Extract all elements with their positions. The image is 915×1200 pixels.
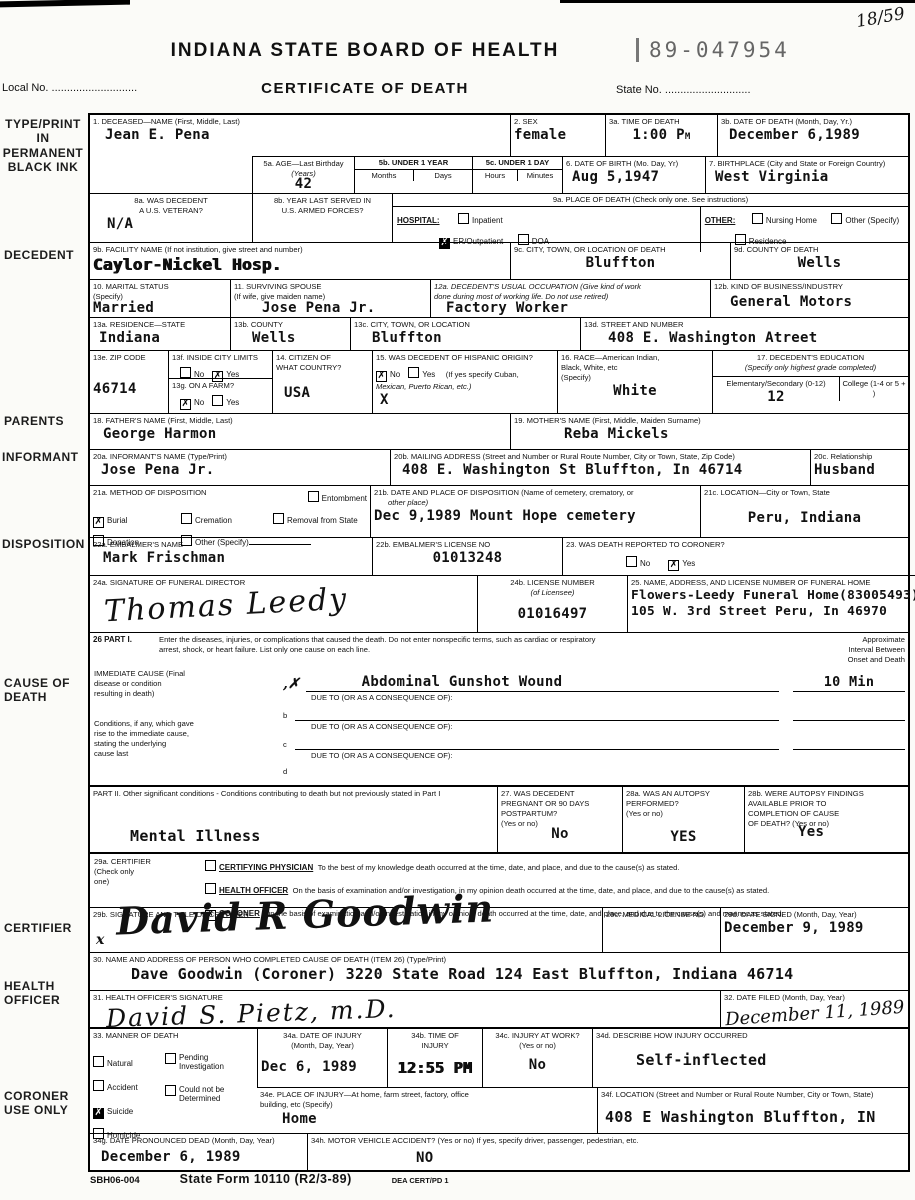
field-autopsy-findings: 28b. WERE AUTOPSY FINDINGS AVAILABLE PRI… [744,785,908,852]
field-race: 16. RACE—American Indian, Black, White, … [557,350,712,413]
field-occupation: 12a. DECEDENT'S USUAL OCCUPATION (Give k… [430,279,710,317]
field-injury-date: 34a. DATE OF INJURY (Month, Day, Year) D… [257,1029,387,1087]
field-place-of-injury: 34e. PLACE OF INJURY—At home, farm stree… [257,1087,597,1133]
field-education: 17. DECEDENT'S EDUCATION (Specify only h… [712,350,908,413]
cause-of-death-part1: 26 PART I. Enter the diseases, injuries,… [90,632,908,785]
spacer-cell [90,156,252,193]
field-age: 5a. AGE—Last Birthday (Years) 42 [252,156,354,193]
field-reported-to-coroner: 23. WAS DEATH REPORTED TO CORONER? No✗Ye… [562,537,908,575]
field-disposition-date-place: 21b. DATE AND PLACE OF DISPOSITION (Name… [370,485,700,537]
state-no: State No. ............................ [616,84,751,96]
scan-artifact [560,0,915,3]
field-pregnant: 27. WAS DECEDENT PREGNANT OR 90 DAYS POS… [497,785,622,852]
field-motor-vehicle: 34h. MOTOR VEHICLE ACCIDENT? (Yes or no)… [307,1133,908,1170]
scan-artifact [0,0,130,7]
field-deceased-name: 1. DECEASED—NAME (First, Middle, Last) J… [90,115,510,156]
margin-disposition: DISPOSITION [2,537,88,551]
field-injury-location: 34f. LOCATION (Street and Number or Rura… [597,1087,908,1133]
inside-city-no-checkbox [180,367,191,378]
state-stamp-number: 89-047954 [636,38,790,62]
field-mailing-address: 20b. MAILING ADDRESS (Street and Number … [390,449,810,485]
field-disposition-method: 21a. METHOD OF DISPOSITION Entombment ✗B… [90,485,370,537]
burial-checkbox: ✗ [93,517,104,528]
field-zip: 13e. ZIP CODE 46714 [90,350,168,413]
margin-informant: INFORMANT [2,450,88,464]
margin-cause-of-death: CAUSE OF DEATH [4,676,90,705]
certifying-physician-checkbox [205,860,216,871]
field-injury-time: 34b. TIME OF INJURY 12:55 PM [387,1029,482,1087]
margin-type-print: TYPE/PRINT IN PERMANENT BLACK INK [0,117,86,175]
entombment-checkbox [308,491,319,502]
field-injury-at-work: 34c. INJURY AT WORK? (Yes or no) No [482,1029,592,1087]
natural-checkbox [93,1056,104,1067]
pending-checkbox [165,1053,176,1064]
hispanic-no-checkbox: ✗ [376,371,387,382]
other-group-label: OTHER: [705,216,736,225]
footer-form-number: State Form 10110 (R2/3-89) [180,1172,352,1186]
field-surviving-spouse: 11. SURVIVING SPOUSE (If wife, give maid… [230,279,430,317]
hispanic-yes-checkbox [408,367,419,378]
field-relationship: 20c. Relationship Husband [810,449,908,485]
page-title: INDIANA STATE BOARD OF HEALTH [0,40,730,62]
field-autopsy: 28a. WAS AN AUTOPSY PERFORMED? (Yes or n… [622,785,744,852]
field-hispanic-origin: 15. WAS DECEDENT OF HISPANIC ORIGIN? ✗No… [372,350,557,413]
field-embalmer-name: 22a. EMBALMER'S NAME Mark Frischman [90,537,372,575]
field-embalmer-license: 22b. EMBALMER'S LICENSE NO 01013248 [372,537,562,575]
field-funeral-home: 25. NAME, ADDRESS, AND LICENSE NUMBER OF… [627,575,915,632]
field-inside-city-on-farm: 13f. INSIDE CITY LIMITS No✗Yes 13g. ON A… [168,350,272,413]
field-residence-city: 13c. CITY, TOWN, OR LOCATION Bluffton [350,317,580,350]
field-time-of-death: 3a. TIME OF DEATH 1:00 PM [605,115,717,156]
suicide-checkbox: ✗ [93,1108,104,1119]
nursing-home-checkbox [752,213,763,224]
margin-health-officer: HEALTH OFFICER [4,979,90,1008]
coroner-yes-checkbox: ✗ [668,560,679,571]
on-farm-no-checkbox: ✗ [180,399,191,410]
field-sex: 2. SEX female [510,115,605,156]
field-pronounced-dead: 34g. DATE PRONOUNCED DEAD (Month, Day, Y… [90,1133,307,1170]
field-date-signed: 29d. DATE SIGNED (Month, Day, Year) Dece… [720,907,908,952]
on-farm-yes-checkbox [212,395,223,406]
field-completed-by: 30. NAME AND ADDRESS OF PERSON WHO COMPL… [90,952,908,990]
could-not-checkbox [165,1085,176,1096]
other-specify-checkbox [831,213,842,224]
accident-checkbox [93,1080,104,1091]
field-marital-status: 10. MARITAL STATUS (Specify) Married [90,279,230,317]
field-facility-name: 9b. FACILITY NAME (If not institution, g… [90,242,510,279]
cause-of-death-part2: PART II. Other significant conditions - … [90,785,497,852]
field-place-of-death: 9a. PLACE OF DEATH (Check only one. See … [392,193,908,242]
field-under-1-day: 5c. UNDER 1 DAY HoursMinutes [472,156,562,193]
margin-coroner-use-only: CORONER USE ONLY [4,1089,90,1118]
handwritten-page-number: 18/59 [855,4,907,32]
hospital-group-label: HOSPITAL: [397,216,440,225]
field-year-served: 8b. YEAR LAST SERVED IN U.S. ARMED FORCE… [252,193,392,242]
local-no: Local No. ............................ [2,82,137,94]
field-informant-name: 20a. INFORMANT'S NAME (Type/Print) Jose … [90,449,390,485]
certificate-form: 1. DECEASED—NAME (First, Middle, Last) J… [88,113,910,1172]
signature-x-mark: x [96,932,104,948]
inpatient-checkbox [458,213,469,224]
field-license-number: 24b. LICENSE NUMBER (of Licensee) 010164… [477,575,627,632]
line-a-mark: ,✗ [283,676,300,692]
footer-dea: DEA CERT/PD 1 [392,1176,449,1185]
field-county-of-death: 9d. COUNTY OF DEATH Wells [730,242,908,279]
field-citizen: 14. CITIZEN OF WHAT COUNTRY? USA [272,350,372,413]
margin-parents: PARENTS [4,414,90,428]
field-date-of-birth: 6. DATE OF BIRTH (Mo. Day, Yr) Aug 5,194… [562,156,705,193]
field-residence-street: 13d. STREET AND NUMBER 408 E. Washington… [580,317,908,350]
field-residence-state: 13a. RESIDENCE—STATE Indiana [90,317,230,350]
margin-certifier: CERTIFIER [4,921,90,935]
field-residence-county: 13b. COUNTY Wells [230,317,350,350]
footer-code: SBH06-004 [90,1175,140,1186]
coroner-box: 33. MANNER OF DEATH Natural Accident ✗Su… [90,1027,908,1170]
field-funeral-director-signature: 24a. SIGNATURE OF FUNERAL DIRECTOR Thoma… [90,575,477,632]
field-date-filed: 32. DATE FILED (Month, Day, Year) Decemb… [720,990,908,1027]
field-veteran: 8a. WAS DECEDENT A U.S. VETERAN? N/A [90,193,252,242]
field-birthplace: 7. BIRTHPLACE (City and State or Foreign… [705,156,908,193]
cremation-checkbox [181,513,192,524]
field-how-injury: 34d. DESCRIBE HOW INJURY OCCURRED Self-i… [592,1029,908,1087]
field-business: 12b. KIND OF BUSINESS/INDUSTRY General M… [710,279,908,317]
death-certificate-page: 18/59 INDIANA STATE BOARD OF HEALTH CERT… [0,0,915,1200]
field-medical-license: 29c. MEDICAL LICENSE NO [602,907,720,952]
field-date-of-death: 3b. DATE OF DEATH (Month, Day, Yr.) Dece… [717,115,908,156]
form-footer: SBH06-004 State Form 10110 (R2/3-89) DEA… [90,1172,449,1186]
field-city-of-death: 9c. CITY, TOWN, OR LOCATION OF DEATH Blu… [510,242,730,279]
field-health-officer-signature: 31. HEALTH OFFICER'S SIGNATURE David S. … [90,990,720,1027]
field-certifier-signature: 29b. SIGNATURE AND TITLE OF CERTIFIER x … [90,907,602,952]
margin-decedent: DECEDENT [4,248,90,262]
field-mother-name: 19. MOTHER'S NAME (First, Middle, Maiden… [510,413,908,449]
field-disposition-location: 21c. LOCATION—City or Town, State Peru, … [700,485,908,537]
funeral-director-signature: Thomas Leedy [103,582,349,630]
field-under-1-year: 5b. UNDER 1 YEAR MonthsDays [354,156,472,193]
field-father-name: 18. FATHER'S NAME (First, Middle, Last) … [90,413,510,449]
health-officer-checkbox [205,883,216,894]
coroner-no-checkbox [626,556,637,567]
removal-checkbox [273,513,284,524]
field-manner-of-death: 33. MANNER OF DEATH Natural Accident ✗Su… [90,1029,257,1133]
